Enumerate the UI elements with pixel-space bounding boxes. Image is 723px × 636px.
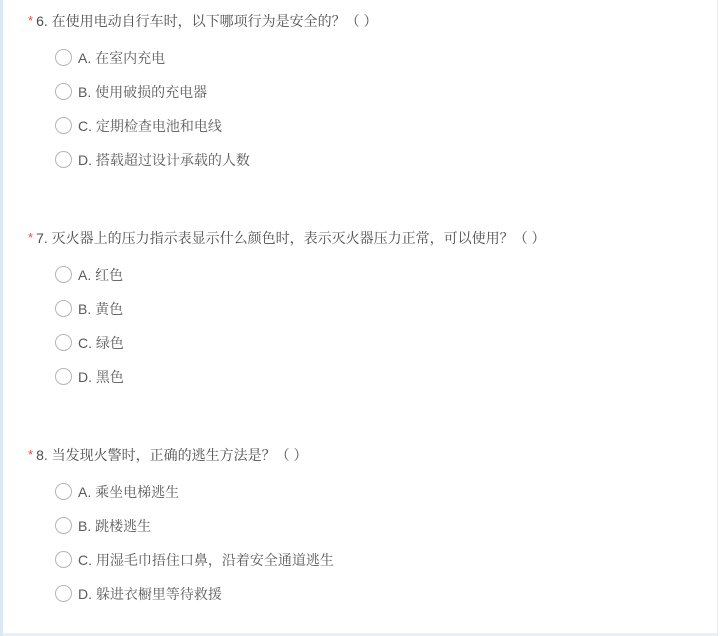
option-row[interactable]: C. 定期检查电池和电线 (28, 117, 683, 134)
radio-button-icon[interactable] (55, 551, 72, 568)
radio-button-icon[interactable] (55, 483, 72, 500)
radio-button-icon[interactable] (55, 49, 72, 66)
survey-page: *6. 在使用电动自行车时，以下哪项行为是安全的？（ ） A. 在室内充电 B.… (0, 0, 723, 636)
required-asterisk: * (28, 230, 33, 245)
question-title: *7. 灭火器上的压力指示表显示什么颜色时，表示灭火器压力正常，可以使用？（ ） (28, 228, 683, 249)
option-label[interactable]: D. 黑色 (78, 367, 124, 387)
radio-button-icon[interactable] (55, 117, 72, 134)
option-row[interactable]: A. 红色 (28, 266, 683, 283)
radio-button-icon[interactable] (55, 300, 72, 317)
required-asterisk: * (28, 447, 33, 462)
option-label[interactable]: C. 绿色 (78, 333, 124, 353)
option-row[interactable]: A. 乘坐电梯逃生 (28, 483, 683, 500)
option-label[interactable]: C. 定期检查电池和电线 (78, 116, 222, 136)
question-block: *7. 灭火器上的压力指示表显示什么颜色时，表示灭火器压力正常，可以使用？（ ）… (28, 228, 683, 385)
option-label[interactable]: D. 搭载超过设计承载的人数 (78, 150, 250, 170)
radio-button-icon[interactable] (55, 266, 72, 283)
question-block: *6. 在使用电动自行车时，以下哪项行为是安全的？（ ） A. 在室内充电 B.… (28, 11, 683, 168)
radio-button-icon[interactable] (55, 334, 72, 351)
required-asterisk: * (28, 13, 33, 28)
option-label[interactable]: B. 黄色 (78, 299, 123, 319)
question-block: *8. 当发现火警时，正确的逃生方法是？（ ） A. 乘坐电梯逃生 B. 跳楼逃… (28, 445, 683, 602)
option-row[interactable]: D. 搭载超过设计承载的人数 (28, 151, 683, 168)
option-label[interactable]: B. 跳楼逃生 (78, 516, 151, 536)
question-title-text: 7. 灭火器上的压力指示表显示什么颜色时，表示灭火器压力正常，可以使用？（ ） (36, 230, 545, 246)
option-row[interactable]: C. 用湿毛巾捂住口鼻，沿着安全通道逃生 (28, 551, 683, 568)
option-label[interactable]: A. 红色 (78, 265, 123, 285)
question-title: *6. 在使用电动自行车时，以下哪项行为是安全的？（ ） (28, 11, 683, 32)
option-row[interactable]: C. 绿色 (28, 334, 683, 351)
option-label[interactable]: D. 躲进衣橱里等待救援 (78, 584, 222, 604)
option-label[interactable]: A. 在室内充电 (78, 48, 165, 68)
option-row[interactable]: D. 黑色 (28, 368, 683, 385)
radio-button-icon[interactable] (55, 151, 72, 168)
question-title: *8. 当发现火警时，正确的逃生方法是？（ ） (28, 445, 683, 466)
option-row[interactable]: B. 使用破损的充电器 (28, 83, 683, 100)
radio-button-icon[interactable] (55, 83, 72, 100)
option-row[interactable]: A. 在室内充电 (28, 49, 683, 66)
option-label[interactable]: B. 使用破损的充电器 (78, 82, 207, 102)
option-label[interactable]: A. 乘坐电梯逃生 (78, 482, 179, 502)
question-title-text: 6. 在使用电动自行车时，以下哪项行为是安全的？（ ） (36, 13, 377, 29)
radio-button-icon[interactable] (55, 368, 72, 385)
options-list: A. 在室内充电 B. 使用破损的充电器 C. 定期检查电池和电线 D. 搭载超… (28, 49, 683, 168)
option-label[interactable]: C. 用湿毛巾捂住口鼻，沿着安全通道逃生 (78, 550, 334, 570)
option-row[interactable]: B. 黄色 (28, 300, 683, 317)
options-list: A. 乘坐电梯逃生 B. 跳楼逃生 C. 用湿毛巾捂住口鼻，沿着安全通道逃生 D… (28, 483, 683, 602)
radio-button-icon[interactable] (55, 585, 72, 602)
questions-container: *6. 在使用电动自行车时，以下哪项行为是安全的？（ ） A. 在室内充电 B.… (0, 0, 723, 636)
radio-button-icon[interactable] (55, 517, 72, 534)
option-row[interactable]: D. 躲进衣橱里等待救援 (28, 585, 683, 602)
question-title-text: 8. 当发现火警时，正确的逃生方法是？（ ） (36, 447, 307, 463)
option-row[interactable]: B. 跳楼逃生 (28, 517, 683, 534)
options-list: A. 红色 B. 黄色 C. 绿色 D. 黑色 (28, 266, 683, 385)
